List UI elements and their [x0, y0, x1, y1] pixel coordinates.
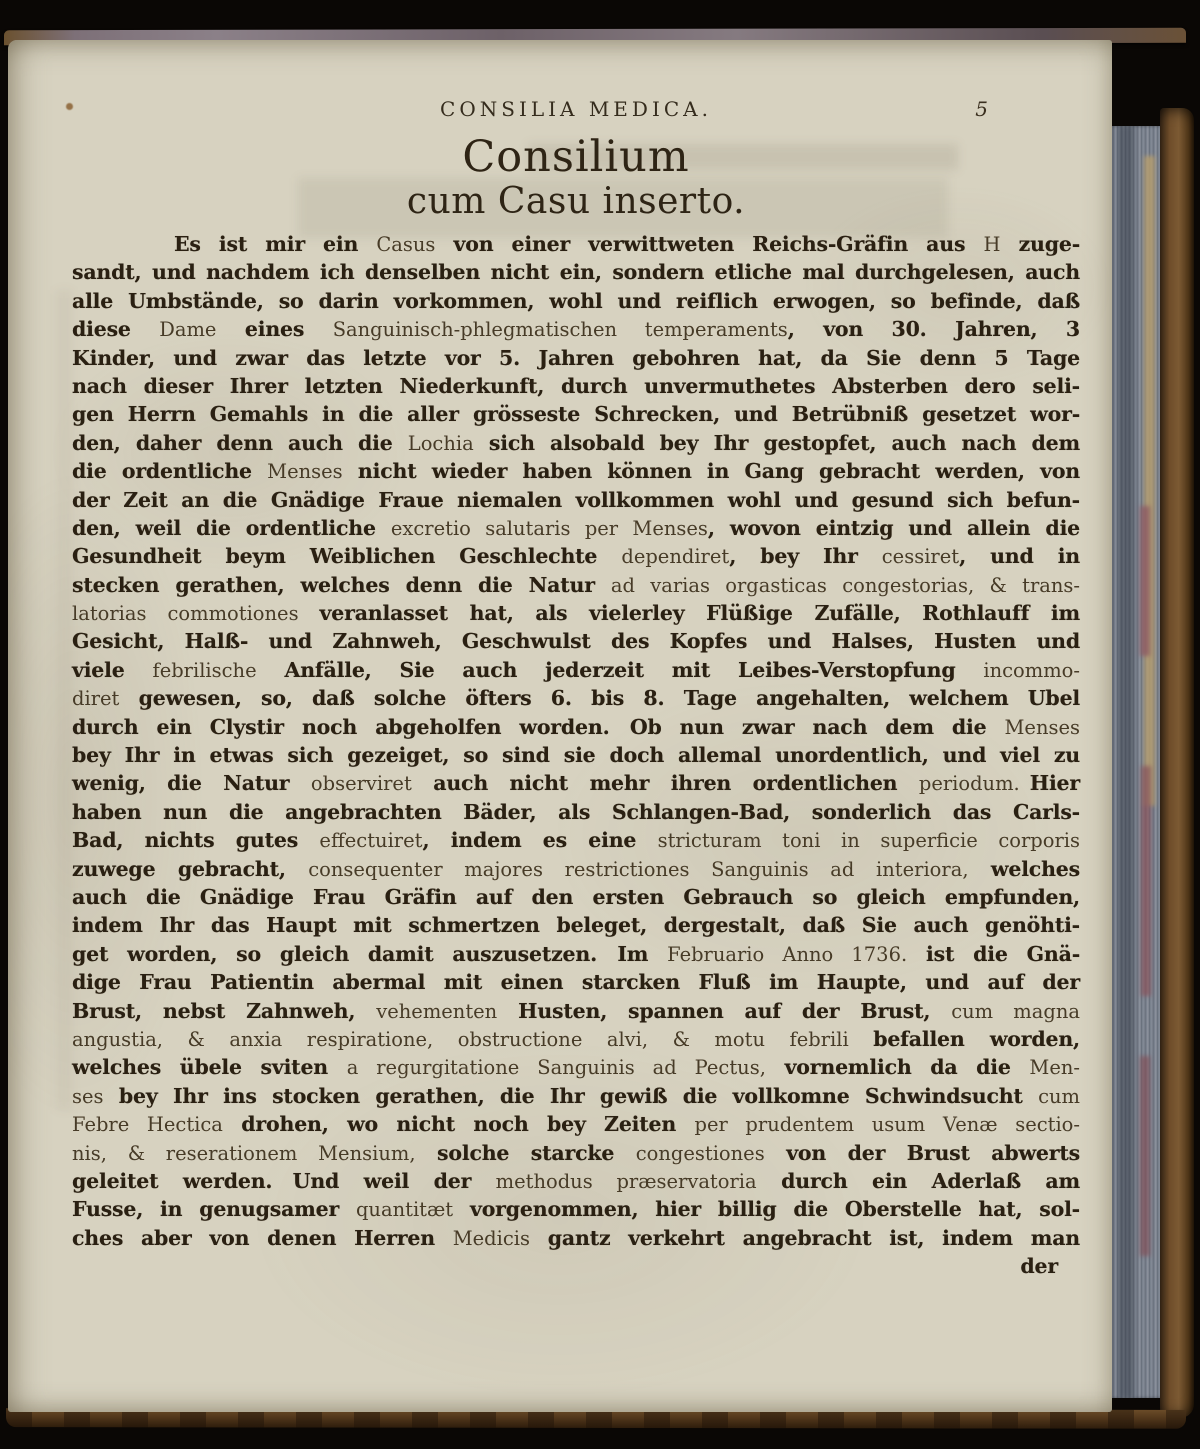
latin-antiqua-text: Menses — [1005, 716, 1081, 739]
text-line: latorias commotiones veranlasset hat, al… — [72, 599, 1080, 627]
latin-antiqua-text: per prudentem usum Venæ sectio- — [694, 1113, 1080, 1136]
running-header: CONSILIA MEDICA. — [72, 97, 1080, 121]
text-line: Bad, nichts gutes effectuiret, indem es … — [72, 826, 1080, 854]
german-blackletter-text: dige Frau Patientin abermal mit einen st… — [72, 970, 1080, 994]
german-blackletter-text: den, daher denn auch die — [72, 431, 408, 455]
book-cover-right-board — [1160, 108, 1194, 1418]
text-line: Fusse, in genugsamer quantitæt vorgenomm… — [72, 1195, 1080, 1223]
latin-antiqua-text: ses — [72, 1085, 104, 1108]
text-line: viele febrilische Anfälle, Sie auch jede… — [72, 656, 1080, 684]
german-blackletter-text: zuge- — [1000, 232, 1080, 256]
latin-antiqua-text: angustia, & anxia respiratione, obstruct… — [72, 1028, 873, 1051]
text-line: die ordentliche Menses nicht wieder habe… — [72, 457, 1080, 485]
text-line: alle Umbstände, so darin vorkommen, wohl… — [72, 287, 1080, 315]
latin-antiqua-text: periodum. — [919, 772, 1020, 795]
german-blackletter-text: Brust, nebst Zahnweh, — [72, 999, 376, 1023]
text-line: auch die Gnädige Frau Gräfin auf den ers… — [72, 883, 1080, 911]
german-blackletter-text: veranlasset hat, als vielerley Flüßige Z… — [320, 601, 1080, 625]
text-line: diret gewesen, so, daß solche öfters 6. … — [72, 684, 1080, 712]
german-blackletter-text: ist die Gnä- — [907, 942, 1080, 966]
body-text: Es ist mir ein Casus von einer verwittwe… — [72, 230, 1080, 1252]
latin-antiqua-text: vehementen — [376, 1000, 497, 1023]
german-blackletter-text: durch ein Clystir noch abgeholfen worden… — [72, 715, 1005, 739]
text-line: wenig, die Natur observiret auch nicht m… — [72, 769, 1080, 797]
text-line: den, daher denn auch die Lochia sich als… — [72, 429, 1080, 457]
latin-antiqua-text: Lochia — [408, 432, 474, 455]
book-page: CONSILIA MEDICA. 5 Consilium cum Casu in… — [8, 40, 1112, 1412]
latin-antiqua-text: congestiones — [636, 1142, 765, 1165]
latin-antiqua-text: cum magna — [951, 1000, 1080, 1023]
german-blackletter-text: Anfälle, Sie auch jederzeit mit Leibes-V… — [257, 658, 984, 682]
title-subtitle: cum Casu inserto. — [72, 181, 1080, 223]
text-line: durch ein Clystir noch abgeholfen worden… — [72, 713, 1080, 741]
german-blackletter-text: stecken gerathen, welches denn die Natur — [72, 573, 611, 597]
text-line: stecken gerathen, welches denn die Natur… — [72, 571, 1080, 599]
german-blackletter-text: zuwege gebracht, — [72, 857, 308, 881]
text-line: Brust, nebst Zahnweh, vehementen Husten,… — [72, 997, 1080, 1025]
latin-antiqua-text: latorias commotiones — [72, 602, 320, 625]
german-blackletter-text: nach dieser Ihrer letzten Niederkunft, d… — [72, 374, 1080, 398]
latin-antiqua-text: Sanguinisch-phlegmatischen temperaments — [333, 318, 788, 341]
latin-antiqua-text: Februario Anno 1736. — [667, 943, 907, 966]
german-blackletter-text: viele — [72, 658, 152, 682]
german-blackletter-text: Gesundheit beym Weiblichen Geschlechte — [72, 544, 621, 568]
page-content: CONSILIA MEDICA. 5 Consilium cum Casu in… — [72, 40, 1080, 1280]
german-blackletter-text: , wovon eintzig und allein die — [708, 516, 1080, 540]
text-line: Gesundheit beym Weiblichen Geschlechte d… — [72, 542, 1080, 570]
german-blackletter-text: durch ein Aderlaß am — [757, 1169, 1080, 1193]
latin-antiqua-text: Men- — [1029, 1056, 1080, 1079]
book-scan: CONSILIA MEDICA. 5 Consilium cum Casu in… — [0, 0, 1200, 1449]
text-line: Febre Hectica drohen, wo nicht noch bey … — [72, 1110, 1080, 1138]
text-line: indem Ihr das Haupt mit schmertzen beleg… — [72, 911, 1080, 939]
german-blackletter-text: geleitet werden. Und weil der — [72, 1169, 496, 1193]
text-line: Kinder, und zwar das letzte vor 5. Jahre… — [72, 344, 1080, 372]
fore-edge-red-marbling — [1140, 506, 1150, 656]
text-line: bey Ihr in etwas sich gezeiget, so sind … — [72, 741, 1080, 769]
latin-antiqua-text: nis, & reserationem Mensium, — [72, 1142, 416, 1165]
latin-antiqua-text: febrilische — [152, 659, 256, 682]
latin-antiqua-text: ad varias orgasticas congestorias, & tra… — [611, 574, 1080, 597]
german-blackletter-text: Es ist mir ein — [174, 232, 376, 256]
german-blackletter-text: Fusse, in genugsamer — [72, 1197, 356, 1221]
text-line: geleitet werden. Und weil der methodus p… — [72, 1167, 1080, 1195]
german-blackletter-text: bey Ihr in etwas sich gezeiget, so sind … — [72, 743, 1080, 767]
german-blackletter-text: von einer verwittweten Reichs-Gräfin aus — [435, 232, 983, 256]
text-line: der Zeit an die Gnädige Fraue niemalen v… — [72, 486, 1080, 514]
german-blackletter-text: auch nicht mehr ihren ordentlichen — [412, 771, 919, 795]
german-blackletter-text: die ordentliche — [72, 459, 267, 483]
german-blackletter-text: von der Brust abwerts — [765, 1141, 1080, 1165]
latin-antiqua-text: dependiret — [621, 545, 729, 568]
german-blackletter-text: Hier — [1020, 771, 1080, 795]
german-blackletter-text: welches übele sviten — [72, 1055, 347, 1079]
german-blackletter-text: , und in — [959, 544, 1080, 568]
german-blackletter-text: haben nun die angebrachten Bäder, als Sc… — [72, 800, 1080, 824]
german-blackletter-text: Kinder, und zwar das letzte vor 5. Jahre… — [72, 346, 1080, 370]
german-blackletter-text: ches aber von denen Herren — [72, 1226, 453, 1250]
german-blackletter-text: sandt, und nachdem ich denselben nicht e… — [72, 260, 1080, 284]
text-line: Es ist mir ein Casus von einer verwittwe… — [72, 230, 1080, 258]
text-line: dige Frau Patientin abermal mit einen st… — [72, 968, 1080, 996]
latin-antiqua-text: stricturam toni in superficie corporis — [658, 829, 1080, 852]
latin-antiqua-text: Medicis — [453, 1227, 530, 1250]
german-blackletter-text: nicht wieder haben können in Gang gebrac… — [343, 459, 1080, 483]
page-number: 5 — [975, 97, 988, 121]
latin-antiqua-text: observiret — [311, 772, 412, 795]
german-blackletter-text: der Zeit an die Gnädige Fraue niemalen v… — [72, 488, 1080, 512]
catchword: der — [1020, 1254, 1058, 1278]
text-line: zuwege gebracht, consequenter majores re… — [72, 855, 1080, 883]
german-blackletter-text: den, weil die ordentliche — [72, 516, 391, 540]
text-line: haben nun die angebrachten Bäder, als Sc… — [72, 798, 1080, 826]
show-through-smudge — [56, 290, 72, 1110]
latin-antiqua-text: Febre Hectica — [72, 1113, 223, 1136]
fore-edge-red-marbling — [1141, 766, 1151, 996]
german-blackletter-text: , bey Ihr — [729, 544, 882, 568]
german-blackletter-text: , indem es eine — [422, 828, 657, 852]
german-blackletter-text: sich alsobald bey Ihr gestopfet, auch na… — [474, 431, 1080, 455]
german-blackletter-text: auch die Gnädige Frau Gräfin auf den ers… — [72, 885, 1080, 909]
latin-antiqua-text: methodus præservatoria — [496, 1170, 757, 1193]
german-blackletter-text: drohen, wo nicht noch bey Zeiten — [223, 1112, 695, 1136]
text-line: nach dieser Ihrer letzten Niederkunft, d… — [72, 372, 1080, 400]
text-line: gen Herrn Gemahls in die aller grösseste… — [72, 400, 1080, 428]
latin-antiqua-text: Dame — [159, 318, 216, 341]
latin-antiqua-text: Menses — [267, 460, 343, 483]
german-blackletter-text: alle Umbstände, so darin vorkommen, wohl… — [72, 289, 1080, 313]
german-blackletter-text: Bad, nichts gutes — [72, 828, 319, 852]
text-line: get worden, so gleich damit auszusetzen.… — [72, 940, 1080, 968]
text-line: angustia, & anxia respiratione, obstruct… — [72, 1025, 1080, 1053]
german-blackletter-text: vorgenommen, hier billig die Oberstelle … — [453, 1197, 1080, 1221]
german-blackletter-text: befallen worden, — [873, 1027, 1080, 1051]
latin-antiqua-text: quantitæt — [356, 1198, 453, 1221]
latin-antiqua-text: effectuiret — [319, 829, 422, 852]
text-line: den, weil die ordentliche excretio salut… — [72, 514, 1080, 542]
title-consilium: Consilium — [72, 134, 1080, 180]
text-line: Gesicht, Halß- und Zahnweh, Geschwulst d… — [72, 627, 1080, 655]
text-line: welches übele sviten a regurgitatione Sa… — [72, 1053, 1080, 1081]
german-blackletter-text: bey Ihr ins stocken gerathen, die Ihr ge… — [104, 1084, 1039, 1108]
german-blackletter-text: indem Ihr das Haupt mit schmertzen beleg… — [72, 913, 1080, 937]
latin-antiqua-text: cessiret — [882, 545, 959, 568]
german-blackletter-text: vornemlich da die — [766, 1055, 1030, 1079]
german-blackletter-text: gantz verkehrt angebracht ist, indem man — [530, 1226, 1080, 1250]
german-blackletter-text: solche starcke — [416, 1141, 636, 1165]
latin-antiqua-text: a regurgitatione Sanguinis ad Pectus, — [347, 1056, 766, 1079]
text-line: diese Dame eines Sanguinisch-phlegmatisc… — [72, 315, 1080, 343]
latin-antiqua-text: diret — [72, 687, 119, 710]
german-blackletter-text: get worden, so gleich damit auszusetzen.… — [72, 942, 667, 966]
fore-edge-shading — [1118, 126, 1134, 1398]
german-blackletter-text: Gesicht, Halß- und Zahnweh, Geschwulst d… — [72, 629, 1080, 653]
latin-antiqua-text: H — [983, 233, 1000, 256]
text-line: nis, & reserationem Mensium, solche star… — [72, 1139, 1080, 1167]
latin-antiqua-text: excretio salutaris per Menses — [391, 517, 708, 540]
latin-antiqua-text: consequenter majores restrictiones Sangu… — [308, 858, 968, 881]
german-blackletter-text: wenig, die Natur — [72, 771, 311, 795]
fore-edge-red-marbling — [1140, 1056, 1150, 1256]
german-blackletter-text: diese — [72, 317, 159, 341]
latin-antiqua-text: incommo- — [983, 659, 1080, 682]
german-blackletter-text: welches — [969, 857, 1080, 881]
text-line: ses bey Ihr ins stocken gerathen, die Ih… — [72, 1082, 1080, 1110]
latin-antiqua-text: cum — [1038, 1085, 1080, 1108]
german-blackletter-text: Husten, spannen auf der Brust, — [497, 999, 951, 1023]
german-blackletter-text: gewesen, so, daß solche öfters 6. bis 8.… — [119, 686, 1080, 710]
latin-antiqua-text: Casus — [376, 233, 435, 256]
text-line: sandt, und nachdem ich denselben nicht e… — [72, 258, 1080, 286]
german-blackletter-text: , von 30. Jahren, 3 — [788, 317, 1080, 341]
german-blackletter-text: gen Herrn Gemahls in die aller grösseste… — [72, 402, 1080, 426]
text-line: ches aber von denen Herren Medicis gantz… — [72, 1224, 1080, 1252]
fore-edge-tan-marbling — [1144, 156, 1155, 806]
page-fore-edge — [1110, 126, 1162, 1398]
catchword-row: der — [72, 1252, 1080, 1280]
german-blackletter-text: eines — [216, 317, 332, 341]
